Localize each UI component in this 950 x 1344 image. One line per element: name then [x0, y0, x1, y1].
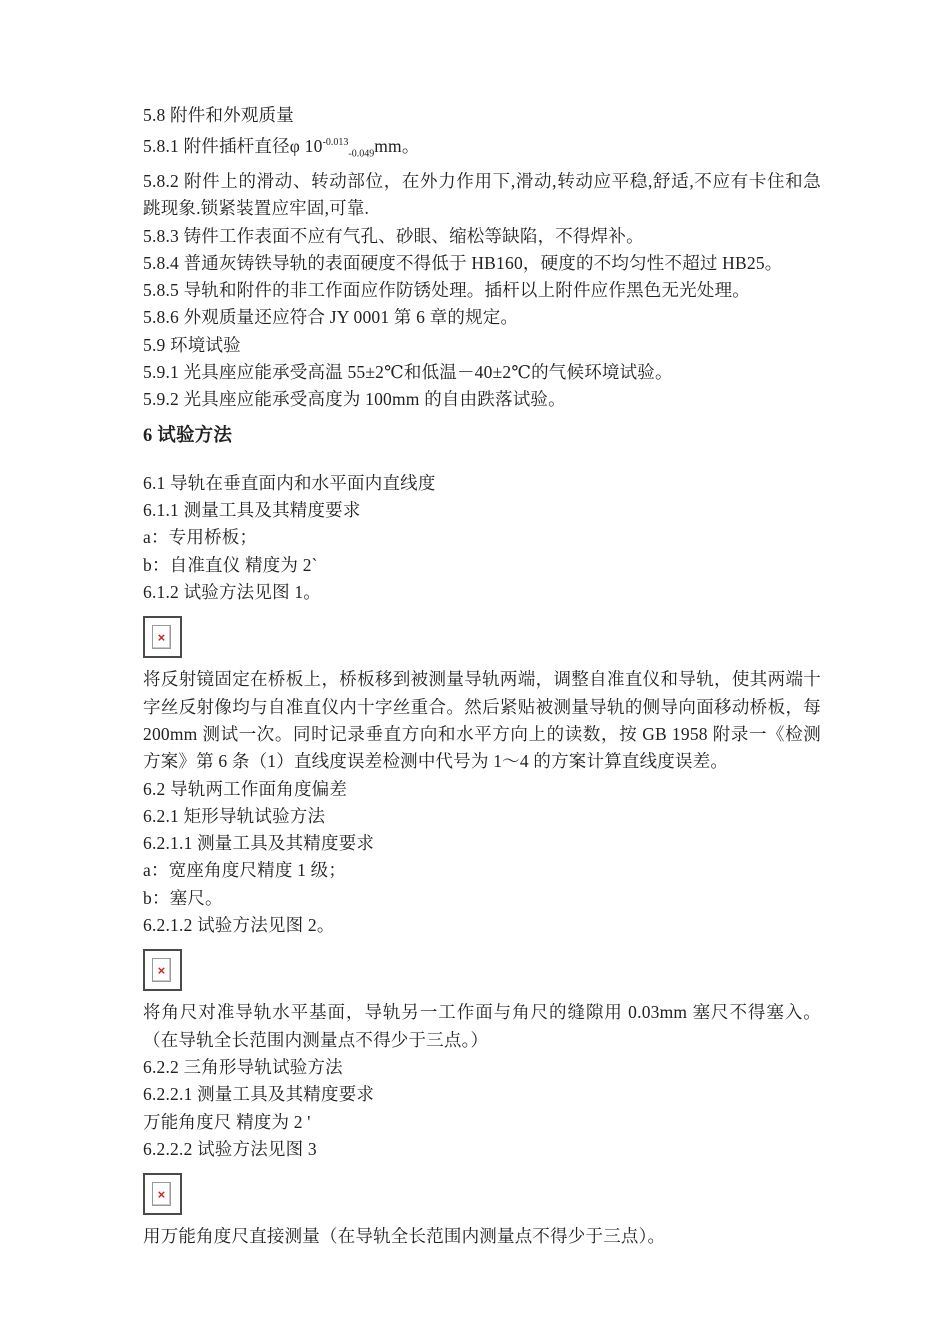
clause-5-8-1: 5.8.1 附件插杆直径φ 10-0.013-0.049mm。 [143, 129, 821, 168]
figure-1-description: 将反射镜固定在桥板上，桥板移到被测量导轨两端，调整自准直仪和导轨，使其两端十字丝… [143, 666, 821, 775]
clause-6-1-2: 6.1.2 试验方法见图 1。 [143, 579, 821, 606]
document-page: 5.8 附件和外观质量 5.8.1 附件插杆直径φ 10-0.013-0.049… [0, 0, 950, 1344]
clause-6-1: 6.1 导轨在垂直面内和水平面内直线度 [143, 470, 821, 497]
clause-6-2-1: 6.2.1 矩形导轨试验方法 [143, 803, 821, 830]
clause-5-8-1-upper-tolerance: -0.013 [323, 137, 349, 148]
clause-6-2: 6.2 导轨两工作面角度偏差 [143, 776, 821, 803]
clause-5-8-1-unit: mm。 [374, 136, 419, 156]
clause-6-2-2: 6.2.2 三角形导轨试验方法 [143, 1054, 821, 1081]
figure-1-placeholder: × [143, 616, 821, 658]
clause-6-2-2-1: 6.2.2.1 测量工具及其精度要求 [143, 1081, 821, 1108]
clause-5-9-1: 5.9.1 光具座应能承受高温 55±2℃和低温－40±2℃的气候环境试验。 [143, 359, 821, 386]
clause-6-2-2-1-note: 万能角度尺 精度为 2 ' [143, 1109, 821, 1136]
clause-6-1-1: 6.1.1 测量工具及其精度要求 [143, 497, 821, 524]
figure-2-description: 将角尺对准导轨水平基面，导轨另一工作面与角尺的缝隙用 0.03mm 塞尺不得塞入… [143, 999, 821, 1054]
broken-image-frame: × [152, 958, 171, 982]
broken-image-x-icon: × [158, 964, 166, 977]
clause-6-2-1-1-item-b: b：塞尺。 [143, 885, 821, 912]
clause-5-9-2: 5.9.2 光具座应能承受高度为 100mm 的自由跌落试验。 [143, 386, 821, 413]
figure-3-description: 用万能角度尺直接测量（在导轨全长范围内测量点不得少于三点）。 [143, 1223, 821, 1250]
clause-5-8-1-text: 5.8.1 附件插杆直径φ 10 [143, 136, 323, 156]
clause-6-1-1-item-b: b：自准直仪 精度为 2` [143, 552, 821, 579]
document-body: 5.8 附件和外观质量 5.8.1 附件插杆直径φ 10-0.013-0.049… [143, 102, 821, 1250]
clause-5-8-1-lower-tolerance: -0.049 [348, 149, 374, 160]
clause-6-2-1-1: 6.2.1.1 测量工具及其精度要求 [143, 830, 821, 857]
clause-5-9-title: 5.9 环境试验 [143, 332, 821, 359]
clause-6-1-1-item-a: a：专用桥板； [143, 524, 821, 551]
clause-6-2-2-2: 6.2.2.2 试验方法见图 3 [143, 1136, 821, 1163]
clause-5-8-5: 5.8.5 导轨和附件的非工作面应作防锈处理。插杆以上附件应作黑色无光处理。 [143, 277, 821, 304]
broken-image-x-icon: × [158, 1188, 166, 1201]
clause-5-8-title: 5.8 附件和外观质量 [143, 102, 821, 129]
clause-6-2-1-2: 6.2.1.2 试验方法见图 2。 [143, 912, 821, 939]
clause-5-8-6: 5.8.6 外观质量还应符合 JY 0001 第 6 章的规定。 [143, 304, 821, 331]
broken-image-frame: × [152, 1182, 171, 1206]
section-6-heading: 6 试验方法 [143, 423, 821, 450]
clause-5-8-4: 5.8.4 普通灰铸铁导轨的表面硬度不得低于 HB160，硬度的不均匀性不超过 … [143, 250, 821, 277]
figure-3-broken-image: × [143, 1173, 182, 1215]
figure-3-placeholder: × [143, 1173, 821, 1215]
broken-image-x-icon: × [158, 631, 166, 644]
broken-image-frame: × [152, 625, 171, 649]
figure-2-placeholder: × [143, 949, 821, 991]
figure-2-broken-image: × [143, 949, 182, 991]
clause-6-2-1-1-item-a: a：宽座角度尺精度 1 级； [143, 857, 821, 884]
figure-1-broken-image: × [143, 616, 182, 658]
clause-5-8-3: 5.8.3 铸件工作表面不应有气孔、砂眼、缩松等缺陷，不得焊补。 [143, 223, 821, 250]
clause-5-8-2: 5.8.2 附件上的滑动、转动部位，在外力作用下,滑动,转动应平稳,舒适,不应有… [143, 168, 821, 223]
